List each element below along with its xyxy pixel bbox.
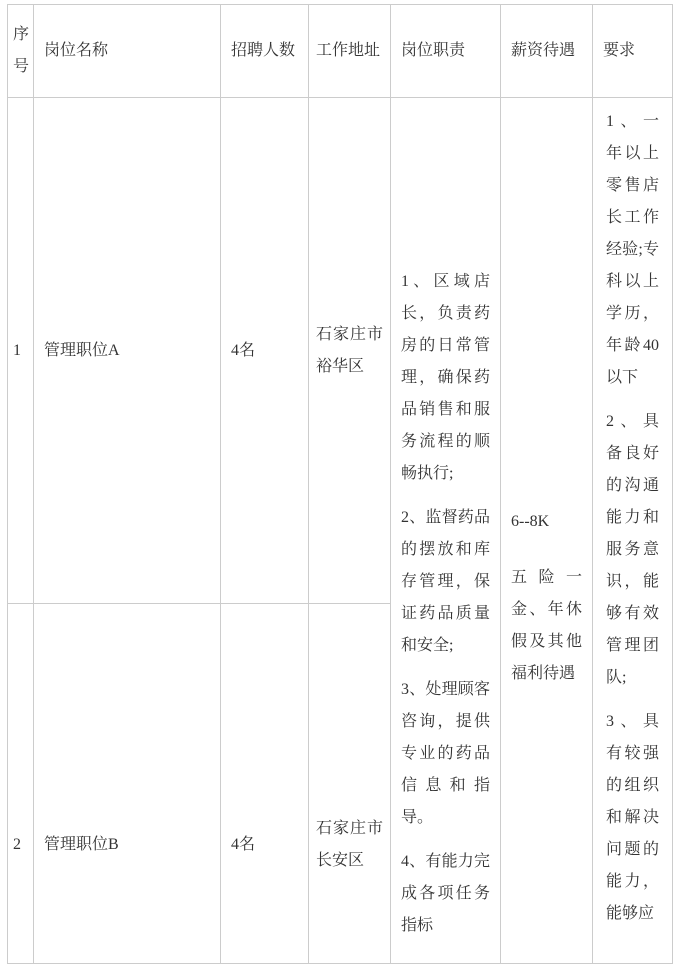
requirements-text: 1、一年以上零售店长工作经验;专科以上学历，年龄40以下 2、具备良好的沟通能力…: [606, 106, 659, 955]
col-header-work-address: 工作地址: [309, 5, 391, 98]
salary-text: 6--8K 五险一金、年休假及其他福利待遇: [511, 106, 582, 955]
salary-benefits: 五险一金、年休假及其他福利待遇: [511, 562, 582, 690]
salary-range: 6--8K: [511, 506, 582, 538]
job-duty-item-3: 3、处理顾客咨询，提供专业的药品信息和指导。: [401, 674, 490, 834]
requirement-item-3: 3、具有较强的组织和解决问题的能力，能够应: [606, 706, 659, 930]
job-duty-item-4: 4、有能力完成各项任务指标: [401, 846, 490, 942]
requirement-item-2: 2、具备良好的沟通能力和服务意识，能够有效管理团队;: [606, 406, 659, 694]
cell-headcount: 4名: [221, 604, 309, 964]
cell-job-duties: 1、区域店长，负责药房的日常管理，确保药品销售和服务流程的顺畅执行; 2、监督药…: [391, 98, 501, 964]
col-header-salary: 薪资待遇: [501, 5, 593, 98]
cell-position-name: 管理职位B: [34, 604, 221, 964]
job-duty-item-2: 2、监督药品的摆放和库存管理，保证药品质量和安全;: [401, 502, 490, 662]
col-header-headcount: 招聘人数: [221, 5, 309, 98]
cell-salary: 6--8K 五险一金、年休假及其他福利待遇: [501, 98, 593, 964]
job-duty-item-1: 1、区域店长，负责药房的日常管理，确保药品销售和服务流程的顺畅执行;: [401, 266, 490, 490]
requirement-item-1: 1、一年以上零售店长工作经验;专科以上学历，年龄40以下: [606, 106, 659, 394]
job-duties-text: 1、区域店长，负责药房的日常管理，确保药品销售和服务流程的顺畅执行; 2、监督药…: [401, 106, 490, 955]
job-postings-table: 序号 岗位名称 招聘人数 工作地址 岗位职责 薪资待遇 要求 1 管理职位A 4…: [7, 4, 673, 964]
col-header-index: 序号: [8, 5, 34, 98]
col-header-requirements: 要求: [593, 5, 673, 98]
col-header-job-duties: 岗位职责: [391, 5, 501, 98]
cell-headcount: 4名: [221, 98, 309, 604]
header-row: 序号 岗位名称 招聘人数 工作地址 岗位职责 薪资待遇 要求: [8, 5, 673, 98]
table-row: 1 管理职位A 4名 石家庄市裕华区 1、区域店长，负责药房的日常管理，确保药品…: [8, 98, 673, 604]
cell-index: 1: [8, 98, 34, 604]
cell-work-address: 石家庄市裕华区: [309, 98, 391, 604]
col-header-position-name: 岗位名称: [34, 5, 221, 98]
cell-position-name: 管理职位A: [34, 98, 221, 604]
cell-index: 2: [8, 604, 34, 964]
cell-requirements: 1、一年以上零售店长工作经验;专科以上学历，年龄40以下 2、具备良好的沟通能力…: [593, 98, 673, 964]
cell-work-address: 石家庄市长安区: [309, 604, 391, 964]
